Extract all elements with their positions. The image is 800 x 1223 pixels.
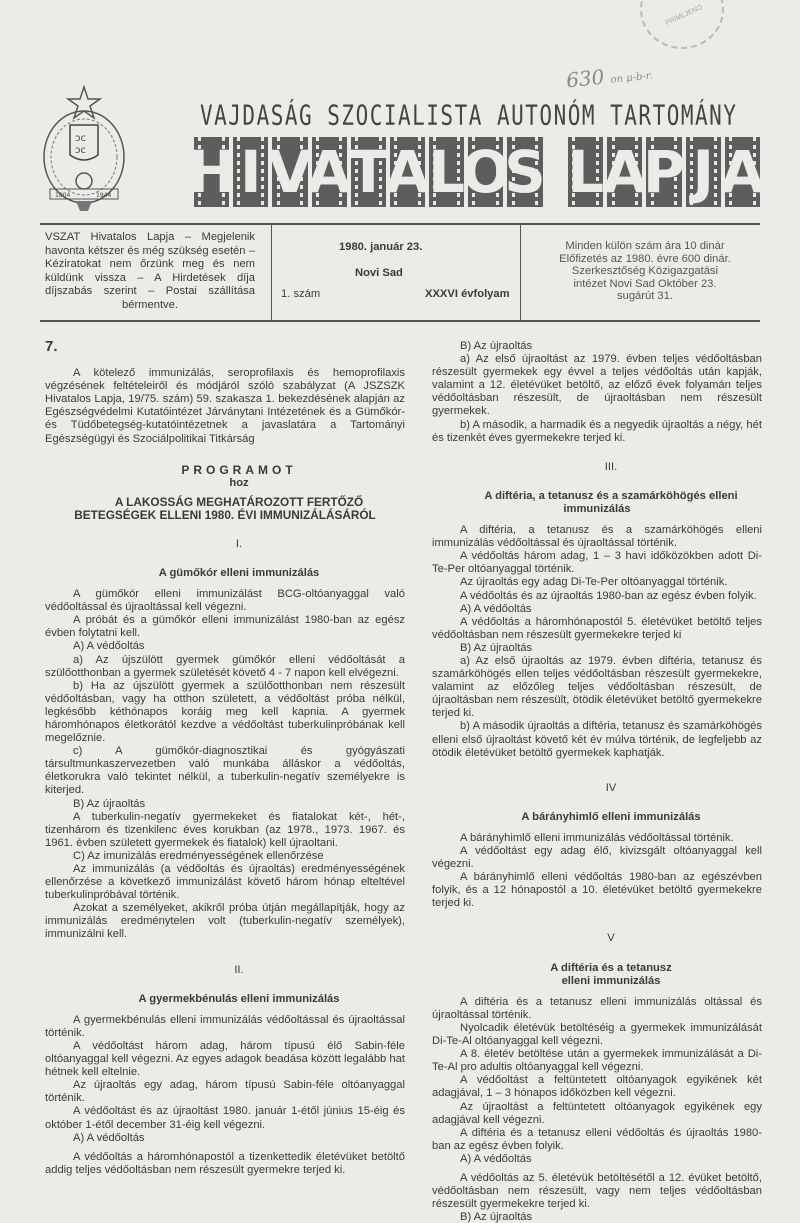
title-letter: S xyxy=(507,137,542,207)
svg-text:ↄc: ↄc xyxy=(75,133,86,144)
title-letter: V xyxy=(272,137,307,207)
handwritten-note: 630oп μ-b-r. xyxy=(565,60,653,93)
section-heading: A gyermekbénulás elleni immunizálás xyxy=(45,993,405,1006)
issue-date: 1980. január 23. xyxy=(339,241,422,253)
title-letter: I xyxy=(233,137,268,207)
hoz-label: hoz xyxy=(45,477,405,490)
section-number: III. xyxy=(432,461,762,474)
title-letter: A xyxy=(725,137,760,207)
section-heading: elleni immunizálás xyxy=(432,975,762,988)
section-number: V xyxy=(432,932,762,945)
column-left: 7. A kötelező immunizálás, seroprofilaxi… xyxy=(45,340,405,1177)
received-stamp: PRIMLJENO xyxy=(640,0,724,49)
title-letter: O xyxy=(468,137,503,207)
program-title: A LAKOSSÁG MEGHATÁROZOTT FERTŐZŐ BETEGSÉ… xyxy=(45,496,405,522)
title-letter: T xyxy=(351,137,386,207)
section-number: II. xyxy=(45,964,405,977)
column-right: B) Az újraoltás a) Az első újraoltást az… xyxy=(432,340,762,1223)
section-heading: A diftéria és a tetanusz xyxy=(432,962,762,975)
title-letter: A xyxy=(607,137,642,207)
coat-of-arms-emblem: ↄc ↄc 1804 1944 xyxy=(36,85,132,215)
title-space xyxy=(547,137,565,207)
section-heading: A gümőkór elleni immunizálás xyxy=(45,567,405,580)
preamble: A kötelező immunizálás, seroprofilaxis é… xyxy=(45,367,405,446)
svg-text:1804: 1804 xyxy=(55,192,70,199)
title-letter: P xyxy=(646,137,681,207)
section-number: I. xyxy=(45,538,405,551)
title-letter: L xyxy=(429,137,464,207)
issue-city: Novi Sad xyxy=(355,267,403,279)
title-letter: L xyxy=(568,137,603,207)
title-letter: A xyxy=(390,137,425,207)
issue-volume: XXXVI évfolyam xyxy=(425,288,510,300)
header-rule-top xyxy=(40,223,760,225)
header-divider xyxy=(271,223,272,320)
header-divider xyxy=(520,223,521,320)
section-number: IV xyxy=(432,782,762,795)
section-heading: A bárányhimlő elleni immunizálás xyxy=(432,811,762,824)
svg-text:1944: 1944 xyxy=(96,192,111,199)
masthead-subtitle: VAJDASÁG SZOCIALISTA AUTONÓM TARTOMÁNY xyxy=(200,100,760,131)
title-letter: H xyxy=(194,137,229,207)
masthead-title: H I V A T A L O S L A P J A xyxy=(194,137,760,207)
title-letter: A xyxy=(312,137,347,207)
subscription-info: Minden külön szám ára 10 dinár Előfizeté… xyxy=(530,240,760,303)
title-letter: J xyxy=(686,137,721,207)
publication-notice: VSZAT Hivatalos Lapja – Megjelenik havon… xyxy=(45,231,255,312)
issue-number: 1. szám xyxy=(281,288,320,300)
header-rule-bottom xyxy=(40,320,760,322)
programot-heading: PROGRAMOT xyxy=(45,464,405,477)
svg-text:ↄc: ↄc xyxy=(75,145,86,156)
article-number: 7. xyxy=(45,340,405,353)
section-heading: A diftéria, a tetanusz és a szamárköhögé… xyxy=(432,490,762,516)
